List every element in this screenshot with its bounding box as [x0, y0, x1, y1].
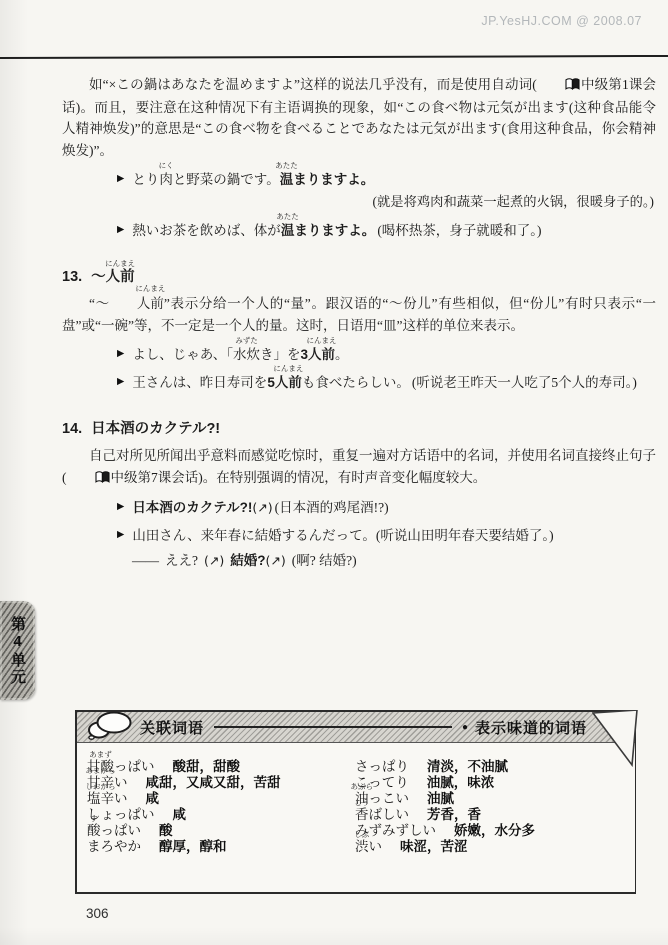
vocab-meaning: 醇厚，醇和	[159, 839, 227, 854]
ruby-group: 塩辛しおから	[87, 791, 114, 806]
vocab-column-right: さっぱり清淡，不油腻 こってり油腻，味浓 油あぶらっこい油腻 香こうばしい芳香，…	[355, 752, 629, 848]
ruby-base: 温	[281, 223, 295, 238]
section-title: 日本酒のカクテル?!	[91, 420, 220, 438]
intro-paragraph: 如“×この鍋はあなたを温めますよ”这样的说法几乎没有，而是使用自动词(中级第1课…	[62, 74, 656, 161]
page-fold-icon	[592, 710, 642, 768]
translation-inline: (喝杯热茶，身子就暖和了。)	[377, 223, 541, 238]
ruby-group: 人前にんまえ	[275, 373, 302, 392]
ruby-group: 肉にく	[159, 170, 173, 189]
ruby-base: 渋	[355, 839, 369, 854]
jp-text: ばしい	[369, 807, 410, 822]
book-icon	[538, 75, 580, 97]
bullet-marker-icon: ▶	[117, 345, 124, 364]
translation-inline: (听说老王昨天一人吃了5个人的寿司。)	[412, 375, 637, 390]
cn-text: 中级第7课会话)。在特别强调的情况，有时声音变化幅度较大。	[111, 470, 487, 485]
jp-text: 熱いお茶を飲めば、体が	[132, 223, 281, 238]
vocab-box-header: 关联词语 ● 表示味道的词语	[77, 710, 635, 743]
ruby-base: 人前	[308, 347, 335, 362]
vocab-meaning: 咸甜，又咸又甜，苦甜	[146, 775, 281, 790]
jp-text: よし、じゃあ、「	[132, 347, 233, 362]
ruby-group: 温あたた	[281, 221, 295, 240]
vocab-word: 酸すっぱい	[87, 823, 141, 838]
ruby-group: 香こう	[355, 807, 369, 822]
ruby-base: 人前	[106, 269, 135, 285]
furigana: あぶら	[351, 783, 374, 791]
jp-bold-text: 3人前にんまえ	[301, 347, 336, 362]
vocab-meaning: 味涩，苦涩	[400, 839, 468, 854]
furigana: あたた	[275, 162, 298, 170]
bullet-marker-icon: ▶	[117, 498, 124, 517]
jp-text: ええ?	[165, 553, 198, 568]
page-number: 306	[86, 906, 109, 921]
furigana: にんまえ	[307, 337, 337, 345]
furigana: あたた	[276, 213, 299, 221]
vocab-word: 渋しぶい	[355, 839, 382, 854]
vocab-meaning: 油腻	[427, 791, 454, 806]
jp-text: 王さんは、昨日寿司を	[132, 375, 267, 390]
section-title: 〜人前にんまえ	[91, 268, 135, 286]
jp-text: まろやか	[87, 839, 141, 854]
rising-intonation-arrow: (↗)	[265, 553, 285, 568]
jp-text: っぱい	[114, 759, 155, 774]
speech-bubble-icon	[86, 711, 132, 745]
ruby-base: 香	[355, 807, 369, 822]
unit-tab: 第4单元	[0, 601, 35, 700]
dialogue-reply-line: ——ええ?(↗)結婚?(↗)(啊? 结婚?)	[132, 545, 656, 570]
ruby-base: 温	[280, 172, 294, 187]
vocab-word: 香こうばしい	[355, 807, 409, 822]
jp-bold-text: 5人前にんまえ	[267, 375, 302, 390]
jp-text: 3	[301, 347, 309, 362]
ruby-group: 温あたた	[280, 170, 294, 189]
furigana: あまず	[89, 751, 112, 759]
ruby-base: 塩辛	[87, 791, 114, 806]
jp-text: さっぱり	[355, 759, 409, 774]
ruby-base: 水炊	[233, 347, 260, 362]
furigana: こう	[354, 799, 369, 807]
main-content: 如“×この鍋はあなたを温めますよ”这样的说法几乎没有，而是使用自动词(中级第1课…	[62, 74, 656, 570]
section-13-paragraph: “〜人前にんまえ”表示分给一个人的“量”。跟汉语的“〜份儿”有些相似，但“份儿”…	[62, 293, 656, 336]
dot-bullet: ●	[462, 722, 468, 733]
section-14-heading: 14. 日本酒のカクテル?!	[62, 412, 656, 438]
jp-text: 〜	[91, 269, 106, 285]
vocab-meaning: 娇嫩，水分多	[454, 823, 535, 838]
furigana: にんまえ	[105, 260, 135, 268]
vocab-columns: 甘酸あまずっぱい酸甜，甜酸 甘辛あまからい咸甜，又咸又甜，苦甜 塩辛しおからい咸…	[77, 743, 635, 852]
jp-text: まりますよ。	[294, 223, 375, 238]
ruby-group: 人前にんまえ	[110, 293, 164, 315]
bullet-marker-icon: ▶	[117, 170, 124, 189]
example-bullet-4: ▶ 王さんは、昨日寿司を5人前にんまえも食べたらしい。(听说老王昨天一人吃了5个…	[117, 364, 656, 392]
bullet-marker-icon: ▶	[117, 526, 124, 545]
jp-bold-text: 結婚?	[230, 553, 265, 568]
vocab-box-subtitle: 表示味道的词语	[475, 717, 587, 738]
divider-line	[214, 726, 452, 728]
furigana: みずた	[235, 337, 258, 345]
example-bullet-5: ▶ 日本酒のカクテル?!(↗)(日本酒的鸡尾酒!?)	[117, 489, 656, 517]
jp-text: っこい	[369, 791, 410, 806]
jp-text: も食べたらしい。	[302, 375, 410, 390]
furigana: にく	[159, 162, 174, 170]
ruby-group: 水炊みずた	[233, 345, 260, 364]
vocab-meaning: 咸	[146, 791, 160, 806]
vocab-word: 塩辛しおからい	[87, 791, 128, 806]
example-jp: 王さんは、昨日寿司を5人前にんまえも食べたらしい。(听说老王昨天一人吃了5个人的…	[132, 373, 637, 392]
vocab-meaning: 清淡，不油腻	[427, 759, 508, 774]
furigana: しおから	[86, 783, 116, 791]
jp-text: い	[369, 839, 383, 854]
ruby-base: 肉	[159, 172, 173, 187]
section-number: 14.	[62, 420, 82, 438]
jp-bold-text: 日本酒のカクテル?!	[132, 500, 252, 515]
jp-text: 。	[335, 347, 349, 362]
jp-text: い	[114, 791, 128, 806]
rising-intonation-arrow: (↗)	[204, 553, 224, 568]
furigana: あまから	[86, 767, 116, 775]
jp-text: とり	[132, 172, 159, 187]
translation-inline: (啊? 结婚?)	[292, 553, 357, 568]
cn-text: “〜	[89, 296, 110, 311]
vocab-meaning: 芳香，香	[427, 807, 481, 822]
example-jp: 日本酒のカクテル?!(↗)(日本酒的鸡尾酒!?)	[132, 498, 388, 517]
site-watermark: JP.YesHJ.COM @ 2008.07	[481, 14, 642, 28]
jp-text: まりますよ。	[293, 172, 374, 187]
ruby-base: 人前	[137, 296, 164, 311]
vocab-column-left: 甘酸あまずっぱい酸甜，甜酸 甘辛あまからい咸甜，又咸又甜，苦甜 塩辛しおからい咸…	[87, 752, 355, 848]
example-bullet-3: ▶ よし、じゃあ、「水炊みずたき」を3人前にんまえ。	[117, 336, 656, 364]
vocab-box: 关联词语 ● 表示味道的词语 甘酸あまずっぱい酸甜，甜酸 甘辛あまからい咸甜，又…	[75, 710, 636, 894]
example-jp: とり肉にくと野菜の鍋です。温あたたまりますよ。	[132, 170, 374, 189]
example-bullet-2: ▶ 熱いお茶を飲めば、体が温あたたまりますよ。(喝杯热茶，身子就暖和了。)	[117, 212, 656, 240]
jp-text: き」を	[260, 347, 301, 362]
example-jp: 熱いお茶を飲めば、体が温あたたまりますよ。(喝杯热茶，身子就暖和了。)	[132, 221, 541, 240]
furigana: にんまえ	[108, 285, 165, 293]
scanned-textbook-page: { "watermark": "JP.YesHJ.COM @ 2008.07",…	[0, 0, 668, 945]
jp-text: い	[114, 775, 128, 790]
ruby-base: 酸	[87, 823, 101, 838]
translation-inline: (日本酒的鸡尾酒!?)	[275, 500, 389, 515]
section-13-heading: 13. 〜人前にんまえ	[62, 260, 656, 286]
jp-text: っぱい	[101, 823, 142, 838]
book-icon	[68, 468, 110, 490]
bullet-marker-icon: ▶	[117, 221, 124, 240]
vocab-meaning: 咸	[173, 807, 187, 822]
furigana: にんまえ	[273, 365, 303, 373]
jp-text: と野菜の鍋です。	[173, 172, 280, 187]
translation-line: (就是将鸡肉和蔬菜一起煮的火锅，很暖身子的。)	[62, 192, 656, 212]
jp-bold-text: 温あたたまりますよ。	[281, 223, 376, 238]
furigana: しぶ	[354, 831, 369, 839]
section-14-paragraph: 自己对所见所闻出乎意料而感觉吃惊时，重复一遍对方话语中的名词，并使用名词直接终止…	[62, 445, 656, 489]
vocab-word: さっぱり	[355, 759, 409, 774]
example-jp: 山田さん、来年春に結婚するんだって。(听说山田明年春天要结婚了。)	[132, 526, 553, 545]
example-jp: よし、じゃあ、「水炊みずたき」を3人前にんまえ。	[132, 345, 348, 364]
ruby-group: 人前にんまえ	[106, 268, 135, 286]
vocab-item: さっぱり清淡，不油腻	[355, 752, 629, 768]
jp-bold-text: 温あたたまりますよ。	[280, 172, 375, 187]
ruby-group: 渋しぶ	[355, 839, 369, 854]
furigana: す	[90, 815, 98, 823]
intro-text-a: 如“×この鍋はあなたを温めますよ”这样的说法几乎没有，而是使用自动词(	[89, 77, 537, 92]
example-bullet-6: ▶ 山田さん、来年春に結婚するんだって。(听说山田明年春天要结婚了。)	[117, 517, 656, 545]
example-bullet-1: ▶ とり肉にくと野菜の鍋です。温あたたまりますよ。	[117, 161, 656, 189]
vocab-meaning: 酸	[159, 823, 173, 838]
vocab-item: 甘酸あまずっぱい酸甜，甜酸	[87, 752, 355, 768]
ruby-group: 酸す	[87, 823, 101, 838]
ruby-base: 人前	[275, 375, 302, 390]
section-number: 13.	[62, 268, 82, 286]
top-rule	[0, 55, 668, 59]
ruby-group: 人前にんまえ	[308, 345, 335, 364]
bullet-marker-icon: ▶	[117, 373, 124, 392]
vocab-word: まろやか	[87, 839, 141, 854]
vocab-box-title: 关联词语	[140, 717, 204, 738]
vocab-meaning: 油腻，味浓	[427, 775, 495, 790]
em-dash: ——	[132, 553, 159, 568]
jp-text: 5	[267, 375, 275, 390]
rising-intonation-arrow: (↗)	[252, 500, 272, 515]
vocab-meaning: 酸甜，甜酸	[173, 759, 241, 774]
